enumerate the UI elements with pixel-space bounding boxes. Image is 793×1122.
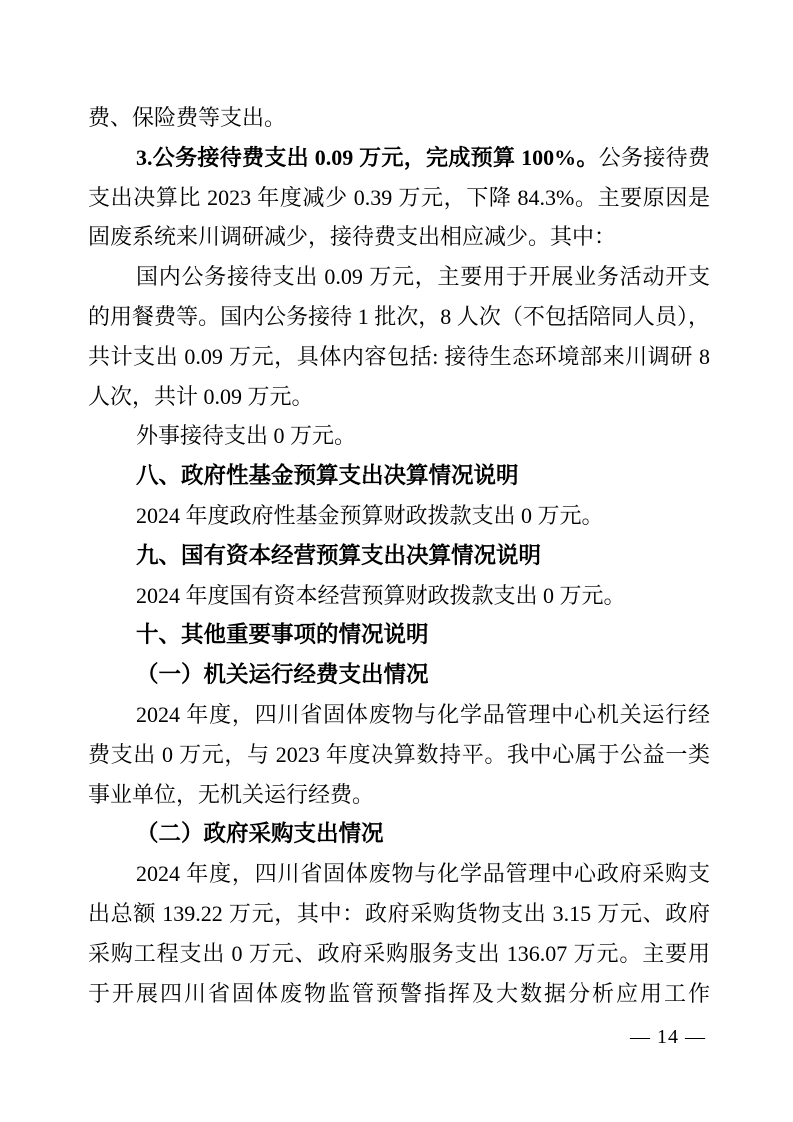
section-heading: 十、其他重要事项的情况说明 [88,615,710,655]
text-line: 事业单位，无机关运行经费。 [88,775,710,815]
text-segment: 支出决算比 2023 年度减少 0.39 万元，下降 84.3%。主要原因是 [88,185,710,210]
document-body: 费、保险费等支出。3.公务接待费支出 0.09 万元，完成预算 100%。公务接… [88,98,710,1013]
text-segment: 国内公务接待支出 0.09 万元，主要用于开展业务活动开支 [136,264,710,289]
text-segment: 3.公务接待费支出 0.09 万元，完成预算 100%。 [136,145,599,170]
text-segment: （一）机关运行经费支出情况 [136,662,429,687]
text-segment: 2024 年度国有资本经营预算财政拨款支出 0 万元。 [136,583,626,608]
text-line: 费、保险费等支出。 [88,98,710,138]
text-line: 共计支出 0.09 万元，具体内容包括: 接待生态环境部来川调研 8 [88,337,710,377]
text-segment: 固废系统来川调研减少，接待费支出相应减少。其中： [88,224,616,249]
text-segment: 2024 年度，四川省固体废物与化学品管理中心政府采购支 [136,861,710,886]
text-segment: 外事接待支出 0 万元。 [136,423,356,448]
text-segment: 人次，共计 0.09 万元。 [88,384,314,409]
text-segment: 2024 年度，四川省固体废物与化学品管理中心机关运行经 [136,702,710,727]
text-segment: 费支出 0 万元，与 2023 年度决算数持平。我中心属于公益一类 [88,742,710,767]
text-line: 国内公务接待支出 0.09 万元，主要用于开展业务活动开支 [88,257,710,297]
text-segment: 2024 年度政府性基金预算财政拨款支出 0 万元。 [136,503,604,528]
text-line: 固废系统来川调研减少，接待费支出相应减少。其中： [88,217,710,257]
text-line: 的用餐费等。国内公务接待 1 批次，8 人次（不包括陪同人员）， [88,297,710,337]
section-heading: 八、政府性基金预算支出决算情况说明 [88,456,710,496]
text-segment: （二）政府采购支出情况 [136,821,384,846]
text-line: 2024 年度国有资本经营预算财政拨款支出 0 万元。 [88,576,710,616]
text-segment: 共计支出 0.09 万元，具体内容包括: 接待生态环境部来川调研 8 [88,344,710,369]
text-segment: 九、国有资本经营预算支出决算情况说明 [136,543,541,568]
text-segment: 于开展四川省固体废物监管预警指挥及大数据分析应用工作 [88,981,710,1006]
text-segment: 的用餐费等。国内公务接待 1 批次，8 人次（不包括陪同人员）， [88,304,710,329]
text-line: 出总额 139.22 万元，其中：政府采购货物支出 3.15 万元、政府 [88,894,710,934]
text-line: 于开展四川省固体废物监管预警指挥及大数据分析应用工作 [88,974,710,1014]
text-segment: 事业单位，无机关运行经费。 [88,782,374,807]
text-line: 人次，共计 0.09 万元。 [88,377,710,417]
text-segment: 费、保险费等支出。 [88,105,286,130]
subsection-heading: （二）政府采购支出情况 [88,814,710,854]
text-line: 2024 年度，四川省固体废物与化学品管理中心机关运行经 [88,695,710,735]
text-line: 支出决算比 2023 年度减少 0.39 万元，下降 84.3%。主要原因是 [88,178,710,218]
text-line: 采购工程支出 0 万元、政府采购服务支出 136.07 万元。主要用 [88,934,710,974]
text-segment: 十、其他重要事项的情况说明 [136,622,429,647]
text-segment: 公务接待费 [599,145,710,170]
text-segment: 采购工程支出 0 万元、政府采购服务支出 136.07 万元。主要用 [88,941,710,966]
text-line: 2024 年度，四川省固体废物与化学品管理中心政府采购支 [88,854,710,894]
document-page: 费、保险费等支出。3.公务接待费支出 0.09 万元，完成预算 100%。公务接… [0,0,793,1122]
subsection-heading: （一）机关运行经费支出情况 [88,655,710,695]
text-line: 费支出 0 万元，与 2023 年度决算数持平。我中心属于公益一类 [88,735,710,775]
text-segment: 出总额 139.22 万元，其中：政府采购货物支出 3.15 万元、政府 [88,901,710,926]
text-line: 外事接待支出 0 万元。 [88,416,710,456]
page-number: — 14 — [630,1024,706,1050]
text-segment: 八、政府性基金预算支出决算情况说明 [136,463,519,488]
text-line: 3.公务接待费支出 0.09 万元，完成预算 100%。公务接待费 [88,138,710,178]
text-line: 2024 年度政府性基金预算财政拨款支出 0 万元。 [88,496,710,536]
section-heading: 九、国有资本经营预算支出决算情况说明 [88,536,710,576]
